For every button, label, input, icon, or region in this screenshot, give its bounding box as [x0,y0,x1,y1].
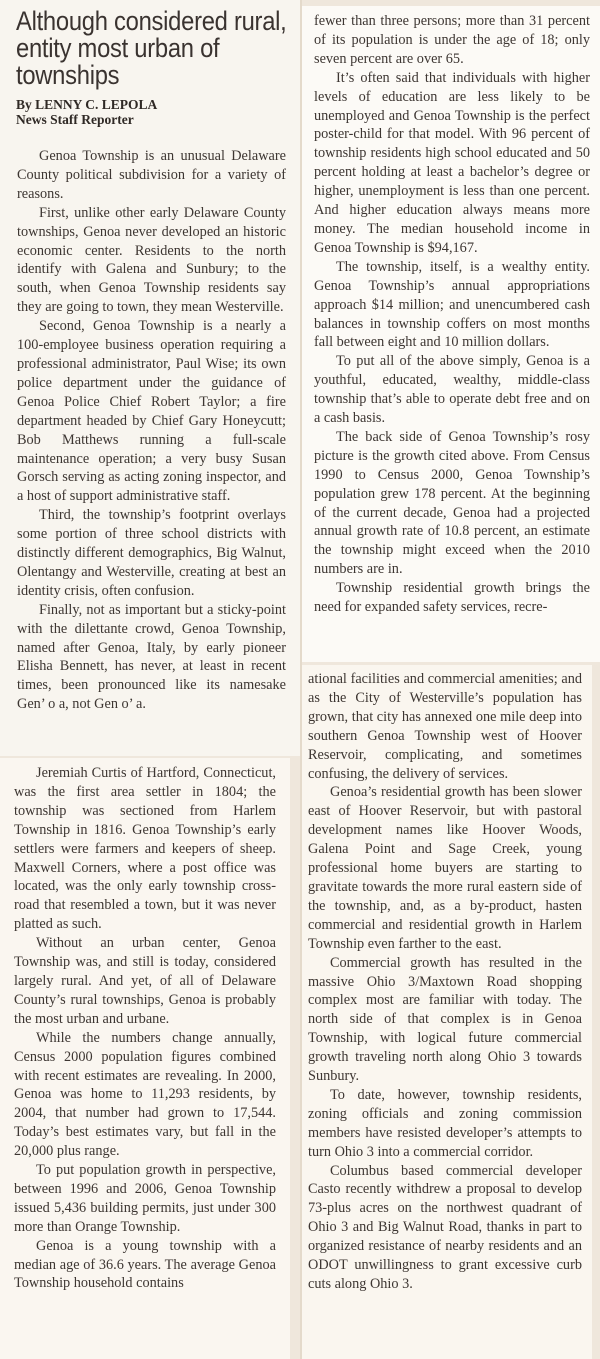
paragraph: While the numbers change annually, Censu… [14,1029,276,1161]
paragraph: Genoa is a young township with a median … [14,1237,276,1294]
paragraph: First, unlike other early Delaware Count… [17,204,286,317]
paragraph: It’s often said that individuals with hi… [314,69,590,258]
paragraph: Columbus based commercial developer Cast… [308,1162,582,1294]
paragraph: Without an urban center, Genoa Township … [14,934,276,1029]
article-column-1: Genoa Township is an unusual Delaware Co… [17,147,286,714]
paragraph: To put all of the above simply, Genoa is… [314,352,590,428]
paragraph: Township residential growth brings the n… [314,579,590,617]
paragraph: Second, Genoa Township is a nearly a 100… [17,317,286,506]
clipping-top-right: fewer than three persons; more than 31 p… [302,6,600,662]
paragraph: To date, however, township residents, zo… [308,1086,582,1162]
paragraph: Commercial growth has resulted in the ma… [308,954,582,1086]
paragraph: Genoa Township is an unusual Delaware Co… [17,147,286,204]
clipping-divider-vertical [300,0,302,1359]
article-column-2: Jeremiah Curtis of Hartford, Connecticut… [14,764,276,1293]
paragraph: The township, itself, is a wealthy entit… [314,258,590,353]
byline-author: By LENNY C. LEPOLA [16,97,157,112]
paragraph: To put population growth in perspective,… [14,1161,276,1237]
article-column-4: ational facilities and commercial amenit… [308,670,582,1294]
byline: By LENNY C. LEPOLA News Staff Reporter [16,97,300,127]
paragraph-continued: fewer than three persons; more than 31 p… [314,12,590,69]
clipping-bottom-left: Jeremiah Curtis of Hartford, Connecticut… [0,758,290,1359]
article-column-3: fewer than three persons; more than 31 p… [314,12,590,617]
paragraph: Genoa’s residential growth has been slow… [308,783,582,953]
paragraph: Jeremiah Curtis of Hartford, Connecticut… [14,764,276,934]
headline: Although considered rural, entity most u… [16,8,298,89]
paragraph-continued: ational facilities and commercial amenit… [308,670,582,783]
paragraph: The back side of Genoa Township’s rosy p… [314,428,590,579]
clipping-bottom-right: ational facilities and commercial amenit… [302,665,592,1359]
clipping-top-left: Although considered rural, entity most u… [0,0,300,756]
paragraph: Finally, not as important but a sticky-p… [17,601,286,714]
byline-title: News Staff Reporter [16,112,300,127]
paragraph: Third, the township’s footprint overlays… [17,506,286,601]
